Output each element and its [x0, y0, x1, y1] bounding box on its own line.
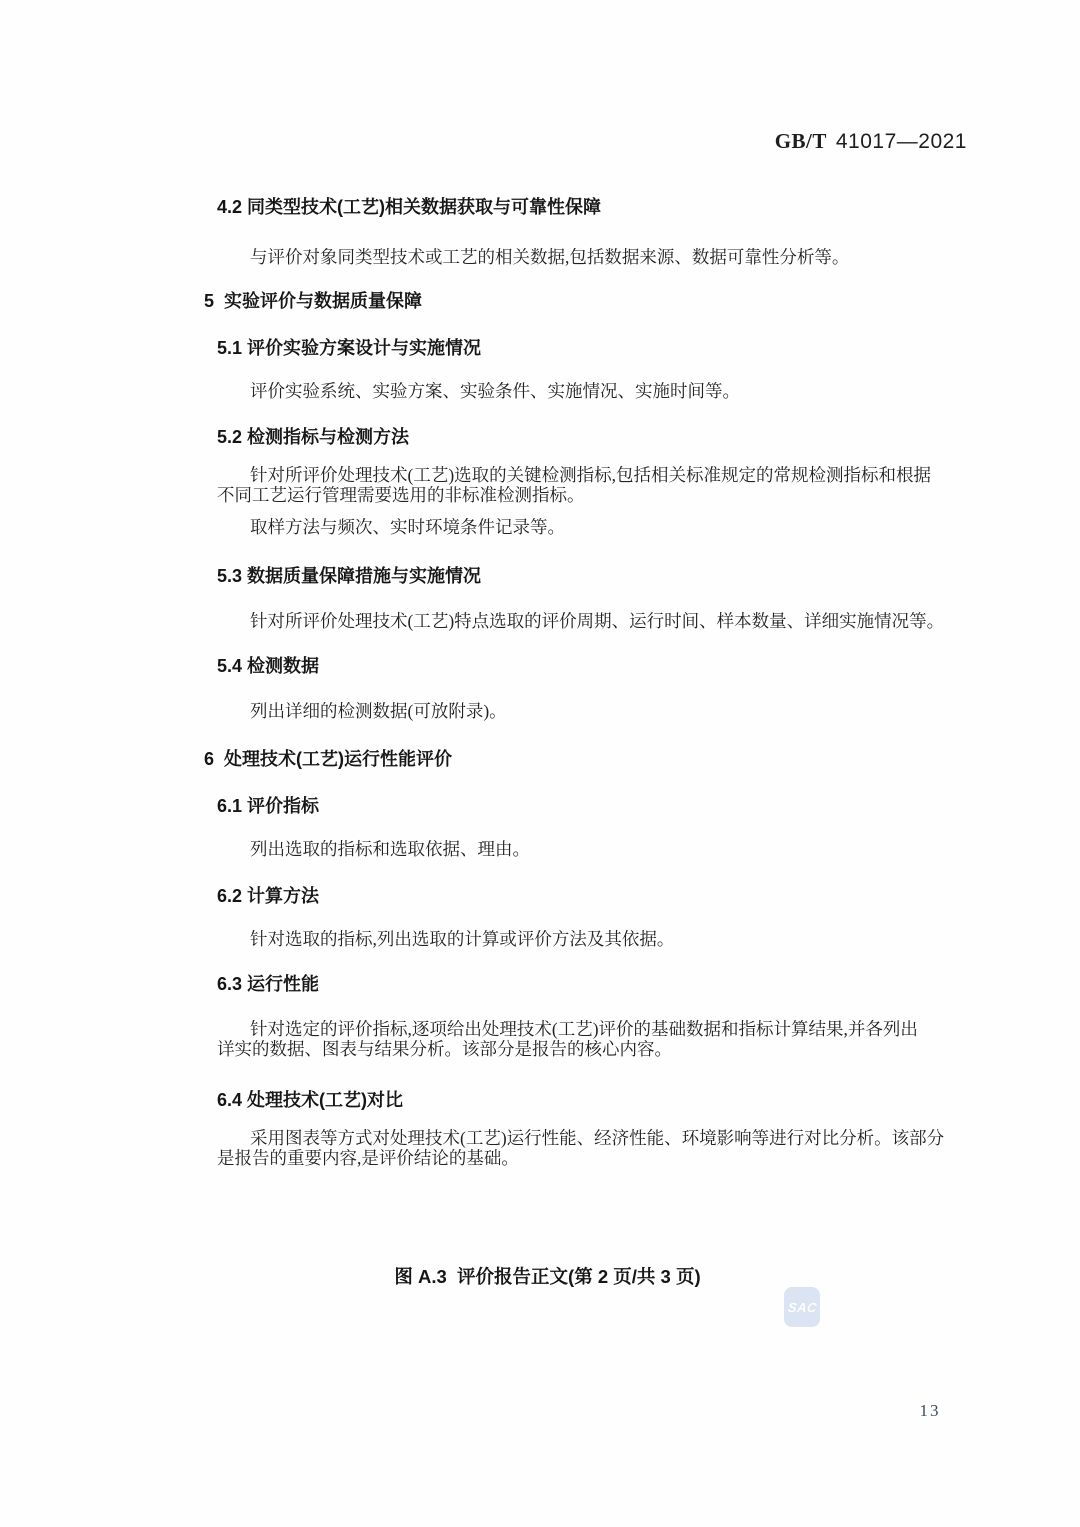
section-heading-6: 6 处理技术(工艺)运行性能评价: [204, 749, 892, 769]
section-heading-6-2: 6.2 计算方法: [217, 886, 892, 906]
section-heading-5-3: 5.3 数据质量保障措施与实施情况: [217, 566, 892, 586]
section-heading-6-3: 6.3 运行性能: [217, 974, 892, 994]
section-heading-4-2: 4.2 同类型技术(工艺)相关数据获取与可靠性保障: [217, 197, 892, 217]
page-number: 13: [912, 1401, 948, 1421]
paragraph-line: 详实的数据、图表与结果分析。该部分是报告的核心内容。: [217, 1039, 892, 1059]
paragraph-5-2-a: 针对所评价处理技术(工艺)选取的关键检测指标,包括相关标准规定的常规检测指标和根…: [217, 465, 892, 505]
paragraph-line: 列出选取的指标和选取依据、理由。: [217, 839, 892, 859]
paragraph-line: 取样方法与频次、实时环境条件记录等。: [217, 517, 892, 537]
paragraph-6-4: 采用图表等方式对处理技术(工艺)运行性能、经济性能、环境影响等进行对比分析。该部…: [217, 1128, 892, 1168]
sac-watermark-text: SAC: [787, 1300, 818, 1315]
section-heading-5-1: 5.1 评价实验方案设计与实施情况: [217, 338, 892, 358]
paragraph-5-4: 列出详细的检测数据(可放附录)。: [217, 701, 892, 721]
paragraph-6-3: 针对选定的评价指标,逐项给出处理技术(工艺)评价的基础数据和指标计算结果,并各列…: [217, 1019, 892, 1059]
paragraph-line: 不同工艺运行管理需要选用的非标准检测指标。: [217, 485, 892, 505]
document-page: GB/T41017—2021 4.2 同类型技术(工艺)相关数据获取与可靠性保障…: [0, 0, 1080, 1527]
section-heading-5-4: 5.4 检测数据: [217, 656, 892, 676]
section-heading-6-4: 6.4 处理技术(工艺)对比: [217, 1090, 892, 1110]
paragraph-6-1: 列出选取的指标和选取依据、理由。: [217, 839, 892, 859]
paragraph-5-3: 针对所评价处理技术(工艺)特点选取的评价周期、运行时间、样本数量、详细实施情况等…: [217, 611, 892, 631]
section-heading-5: 5 实验评价与数据质量保障: [204, 291, 892, 311]
paragraph-5-2-b: 取样方法与频次、实时环境条件记录等。: [217, 517, 892, 537]
paragraph-line: 与评价对象同类型技术或工艺的相关数据,包括数据来源、数据可靠性分析等。: [217, 247, 892, 267]
document-body: 4.2 同类型技术(工艺)相关数据获取与可靠性保障 与评价对象同类型技术或工艺的…: [217, 0, 892, 1168]
paragraph-line: 采用图表等方式对处理技术(工艺)运行性能、经济性能、环境影响等进行对比分析。该部…: [217, 1128, 892, 1148]
paragraph-6-2: 针对选取的指标,列出选取的计算或评价方法及其依据。: [217, 929, 892, 949]
section-heading-6-1: 6.1 评价指标: [217, 796, 892, 816]
paragraph-line: 针对选定的评价指标,逐项给出处理技术(工艺)评价的基础数据和指标计算结果,并各列…: [217, 1019, 892, 1039]
paragraph-line: 针对选取的指标,列出选取的计算或评价方法及其依据。: [217, 929, 892, 949]
paragraph-5-1: 评价实验系统、实验方案、实验条件、实施情况、实施时间等。: [217, 381, 892, 401]
paragraph-line: 针对所评价处理技术(工艺)选取的关键检测指标,包括相关标准规定的常规检测指标和根…: [217, 465, 892, 485]
paragraph-line: 是报告的重要内容,是评价结论的基础。: [217, 1148, 892, 1168]
figure-caption: 图 A.3 评价报告正文(第 2 页/共 3 页): [205, 1266, 890, 1288]
sac-watermark-logo: SAC: [784, 1287, 820, 1327]
paragraph-line: 针对所评价处理技术(工艺)特点选取的评价周期、运行时间、样本数量、详细实施情况等…: [217, 611, 892, 631]
paragraph-line: 列出详细的检测数据(可放附录)。: [217, 701, 892, 721]
paragraph-line: 评价实验系统、实验方案、实验条件、实施情况、实施时间等。: [217, 381, 892, 401]
paragraph-4-2: 与评价对象同类型技术或工艺的相关数据,包括数据来源、数据可靠性分析等。: [217, 247, 892, 267]
section-heading-5-2: 5.2 检测指标与检测方法: [217, 427, 892, 447]
